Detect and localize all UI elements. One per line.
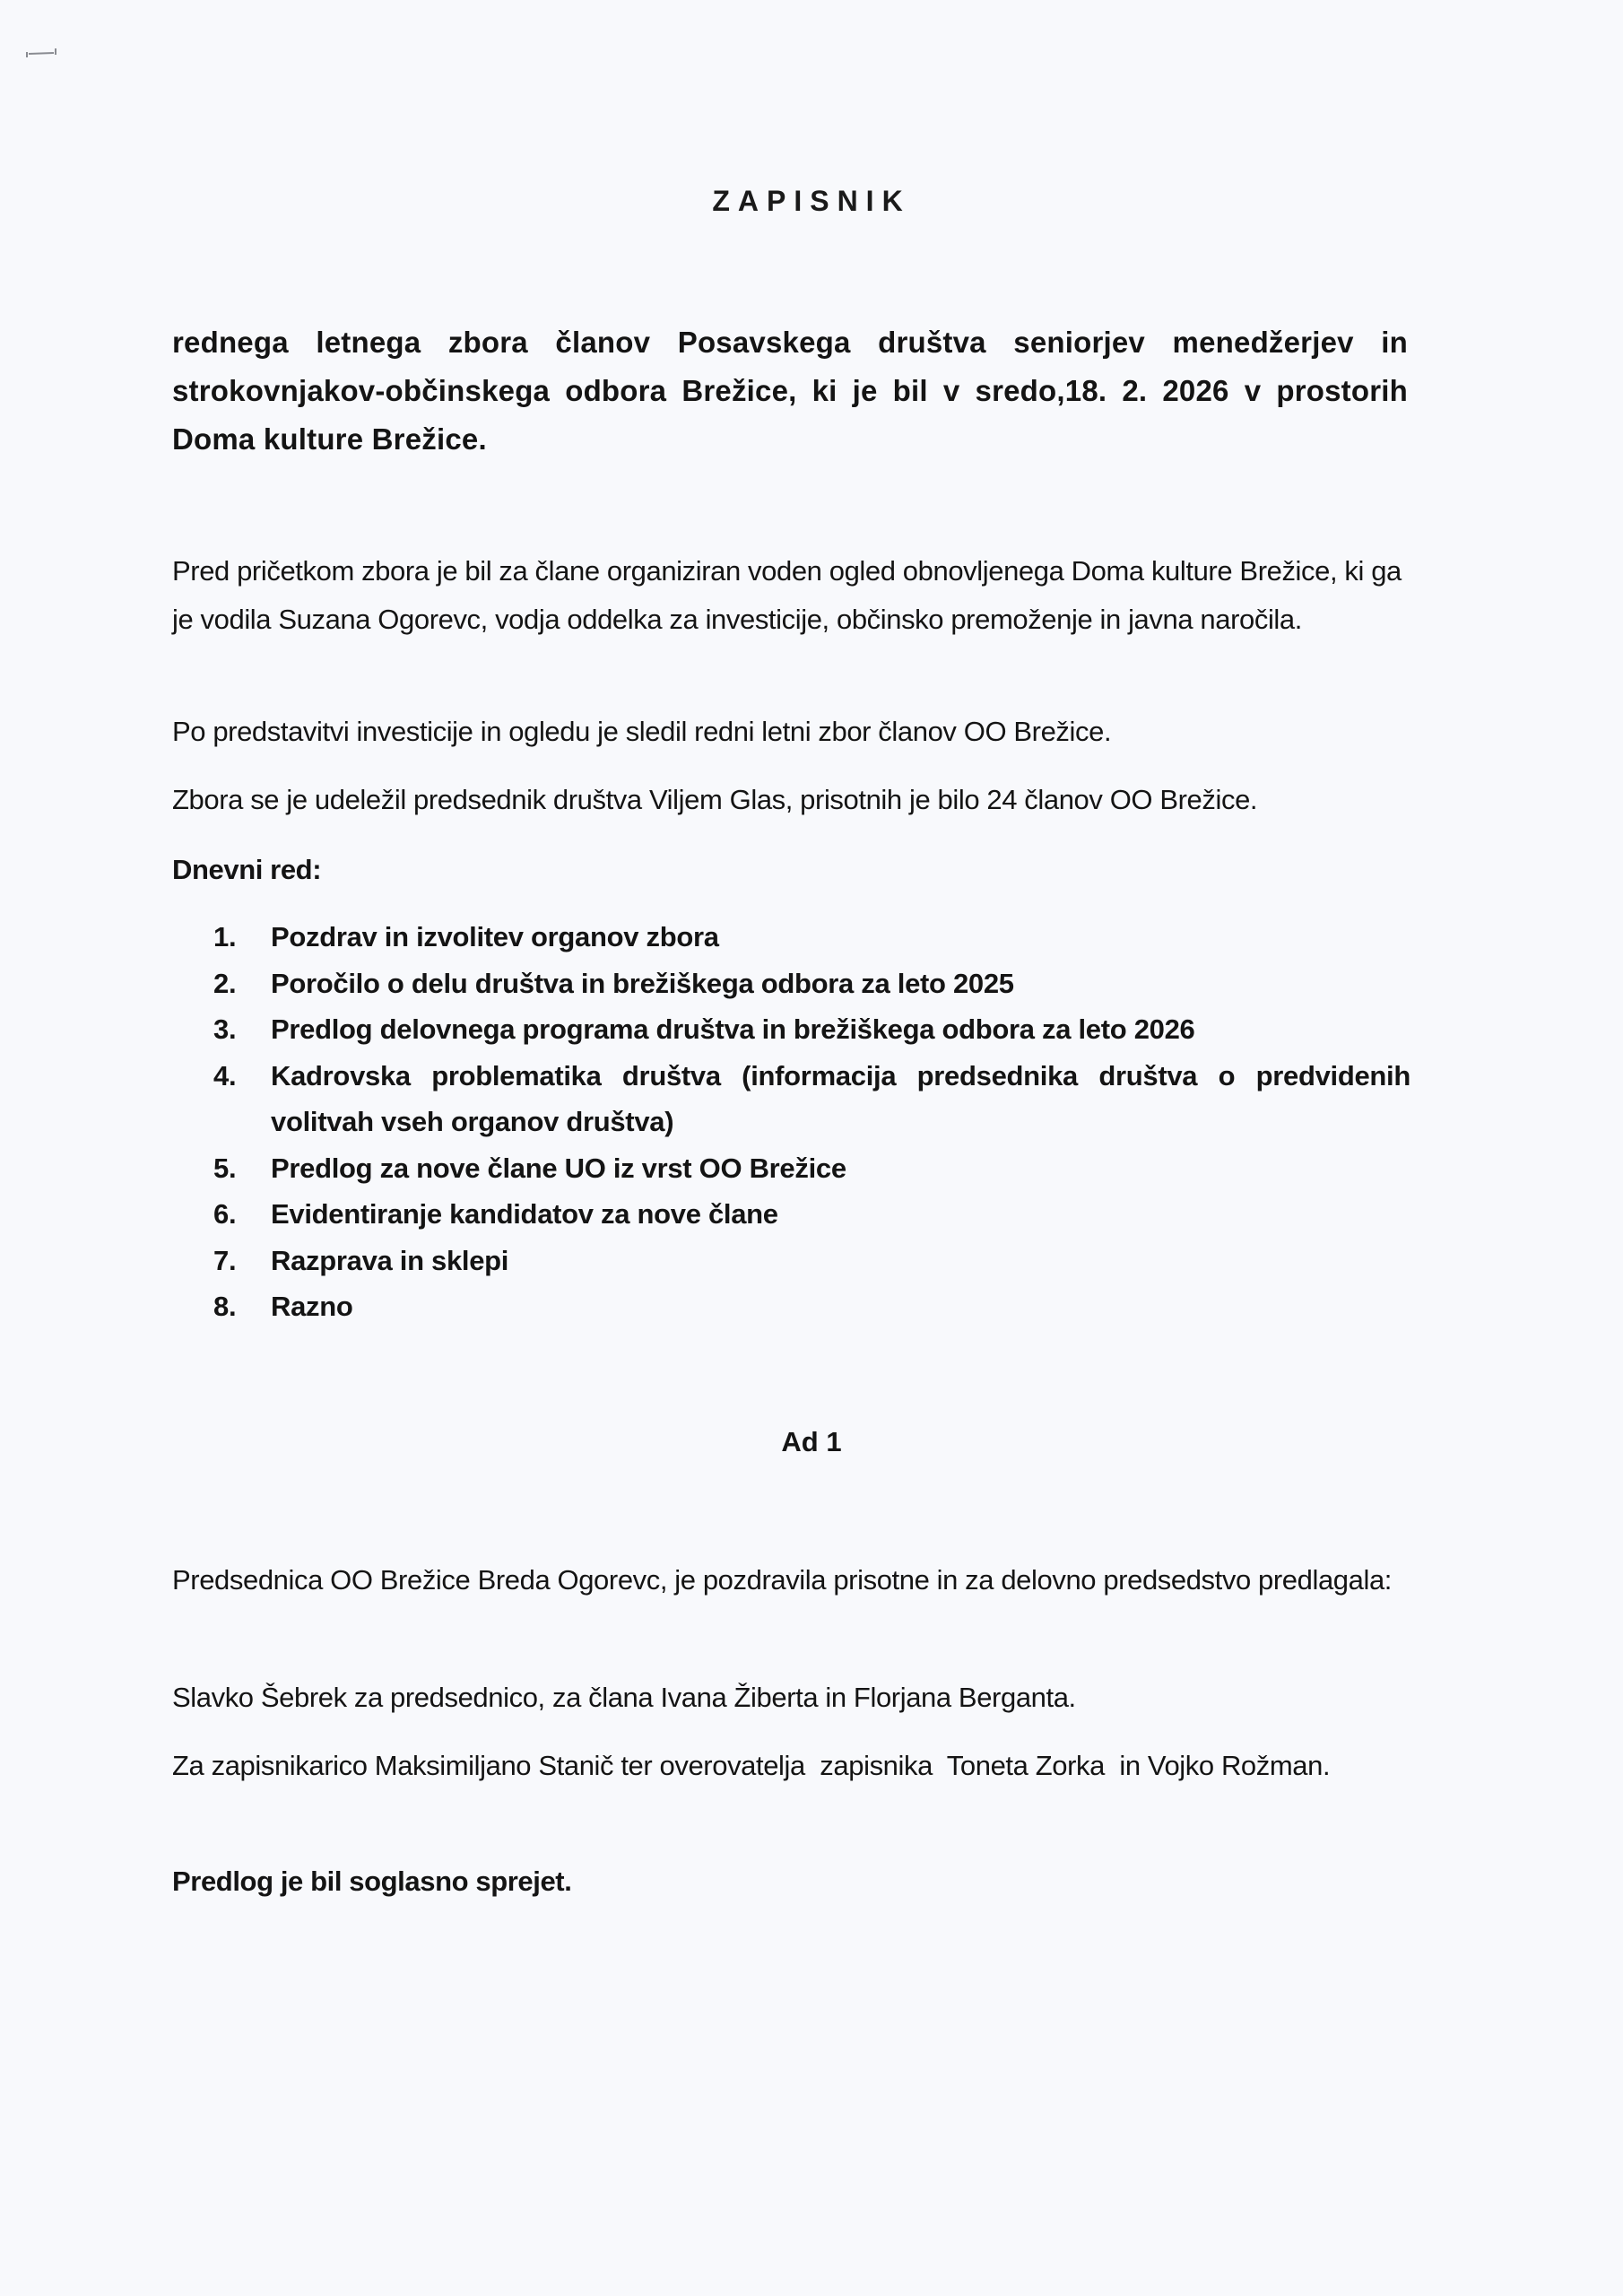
agenda-item-number: 7. bbox=[213, 1238, 271, 1284]
agenda-list: 1.Pozdrav in izvolitev organov zbora 2.P… bbox=[213, 914, 1410, 1330]
agenda-item-number: 2. bbox=[213, 961, 271, 1007]
agenda-item-number: 5. bbox=[213, 1145, 271, 1192]
agenda-item: 8.Razno bbox=[213, 1283, 1410, 1330]
paragraph-attendance: Zbora se je udeležil predsednik društva … bbox=[172, 776, 1410, 824]
agenda-item: 1.Pozdrav in izvolitev organov zbora bbox=[213, 914, 1410, 961]
paragraph-tour: Pred pričetkom zbora je bil za člane org… bbox=[172, 547, 1410, 644]
document-intro: rednega letnega zbora članov Posavskega … bbox=[172, 318, 1408, 464]
ad1-resolution: Predlog je bil soglasno sprejet. bbox=[172, 1857, 1410, 1906]
agenda-item-text: Pozdrav in izvolitev organov zbora bbox=[271, 914, 1410, 961]
paragraph-followed: Po predstavitvi investicije in ogledu je… bbox=[172, 708, 1410, 756]
agenda-item: 5.Predlog za nove člane UO iz vrst OO Br… bbox=[213, 1145, 1410, 1192]
staple-mark-icon bbox=[23, 47, 131, 59]
document-title: ZAPISNIK bbox=[0, 185, 1623, 218]
agenda-item-text: Predlog za nove člane UO iz vrst OO Brež… bbox=[271, 1145, 1410, 1192]
ad1-greeting: Predsednica OO Brežice Breda Ogorevc, je… bbox=[172, 1556, 1410, 1605]
agenda-item-text: Razno bbox=[271, 1283, 1410, 1330]
agenda-item-text: Razprava in sklepi bbox=[271, 1238, 1410, 1284]
agenda-item: 7.Razprava in sklepi bbox=[213, 1238, 1410, 1284]
agenda-item: 3.Predlog delovnega programa društva in … bbox=[213, 1006, 1410, 1053]
section-heading-ad1: Ad 1 bbox=[0, 1426, 1623, 1458]
ad1-recorder: Za zapisnikarico Maksimiljano Stanič ter… bbox=[172, 1742, 1410, 1790]
agenda-heading: Dnevni red: bbox=[172, 846, 1410, 894]
agenda-item: 4.Kadrovska problematika društva (inform… bbox=[213, 1053, 1410, 1145]
agenda-item-number: 4. bbox=[213, 1053, 271, 1145]
agenda-item-number: 1. bbox=[213, 914, 271, 961]
agenda-item-text: Predlog delovnega programa društva in br… bbox=[271, 1006, 1410, 1053]
agenda-item-number: 8. bbox=[213, 1283, 271, 1330]
ad1-presidium: Slavko Šebrek za predsednico, za člana I… bbox=[172, 1674, 1410, 1722]
agenda-item-number: 3. bbox=[213, 1006, 271, 1053]
agenda-item-text: Poročilo o delu društva in brežiškega od… bbox=[271, 961, 1410, 1007]
agenda-item-text: Evidentiranje kandidatov za nove člane bbox=[271, 1191, 1410, 1238]
agenda-item: 2.Poročilo o delu društva in brežiškega … bbox=[213, 961, 1410, 1007]
agenda-item: 6.Evidentiranje kandidatov za nove člane bbox=[213, 1191, 1410, 1238]
agenda-item-number: 6. bbox=[213, 1191, 271, 1238]
agenda-item-text: Kadrovska problematika društva (informac… bbox=[271, 1053, 1410, 1145]
